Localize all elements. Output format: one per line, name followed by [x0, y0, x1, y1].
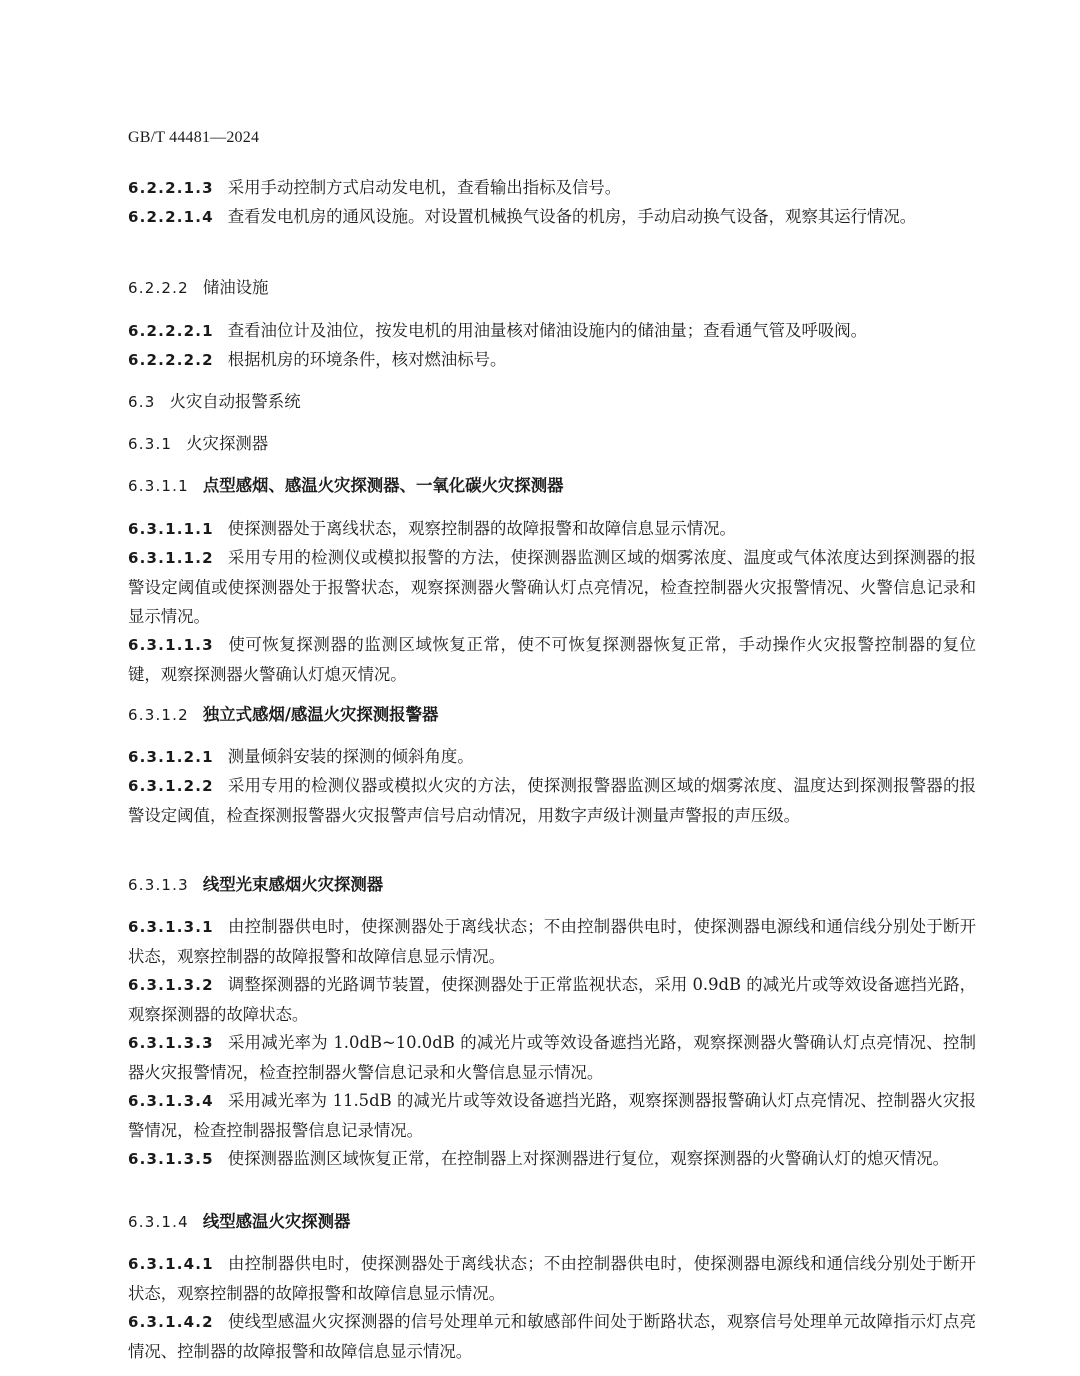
clause-text: 查看油位计及油位，按发电机的用油量核对储油设施内的储油量；查看通气管及呼吸阀。: [228, 321, 867, 340]
clause-number: 6.3.1.3.3: [128, 1034, 214, 1052]
clause-text: 使探测器监测区域恢复正常，在控制器上对探测器进行复位，观察探测器的火警确认灯的熄…: [228, 1149, 949, 1168]
section-heading: 6.3火灾自动报警系统: [128, 387, 976, 417]
clause-number: 6.2.2.1.4: [128, 208, 214, 226]
clause-text: 采用专用的检测仪器或模拟火灾的方法，使探测报警器监测区域的烟雾浓度、温度达到探测…: [128, 776, 976, 825]
clause-paragraph: 6.2.2.1.3采用手动控制方式启动发电机，查看输出指标及信号。: [128, 173, 976, 203]
clause-text: 调整探测器的光路调节装置，使探测器处于正常监视状态，采用 0.9dB 的减光片或…: [128, 975, 976, 1024]
clause-paragraph: 6.3.1.3.5使探测器监测区域恢复正常，在控制器上对探测器进行复位，观察探测…: [128, 1144, 976, 1174]
clause-text: 使探测器处于离线状态，观察控制器的故障报警和故障信息显示情况。: [228, 519, 736, 538]
clause-number: 6.3.1.4.2: [128, 1313, 214, 1331]
clause-number: 6.3.1: [128, 435, 172, 453]
clause-text: 测量倾斜安装的探测的倾斜角度。: [228, 747, 474, 766]
clause-number: 6.3.1.3.5: [128, 1150, 214, 1168]
heading-text: 储油设施: [203, 278, 269, 297]
clause-paragraph: 6.3.1.3.4采用减光率为 11.5dB 的减光片或等效设备遮挡光路，观察探…: [128, 1086, 976, 1145]
clause-number: 6.3.1.1.2: [128, 549, 214, 567]
clause-paragraph: 6.2.2.1.4查看发电机房的通风设施。对设置机械换气设备的机房，手动启动换气…: [128, 202, 976, 232]
clause-paragraph: 6.3.1.4.2使线型感温火灾探测器的信号处理单元和敏感部件间处于断路状态，观…: [128, 1307, 976, 1366]
clause-number: 6.3.1.2: [128, 706, 189, 724]
clause-number: 6.2.2.2.1: [128, 322, 214, 340]
section-heading: 6.3.1.4线型感温火灾探测器: [128, 1207, 976, 1237]
clause-paragraph: 6.2.2.2.1查看油位计及油位，按发电机的用油量核对储油设施内的储油量；查看…: [128, 316, 976, 346]
section-heading: 6.2.2.2储油设施: [128, 273, 976, 303]
clause-text: 采用减光率为 11.5dB 的减光片或等效设备遮挡光路，观察探测器报警确认灯点亮…: [128, 1091, 976, 1140]
clause-number: 6.2.2.1.3: [128, 179, 214, 197]
clause-text: 由控制器供电时，使探测器处于离线状态；不由控制器供电时，使探测器电源线和通信线分…: [128, 1254, 976, 1303]
clause-number: 6.3.1.1: [128, 477, 189, 495]
clause-number: 6.2.2.2: [128, 279, 189, 297]
heading-text: 火灾探测器: [186, 434, 268, 453]
clause-number: 6.3.1.1.3: [128, 636, 214, 654]
heading-text: 火灾自动报警系统: [169, 392, 300, 411]
clause-text: 使线型感温火灾探测器的信号处理单元和敏感部件间处于断路状态，观察信号处理单元故障…: [128, 1312, 976, 1361]
clause-number: 6.3: [128, 393, 155, 411]
clause-number: 6.3.1.2.1: [128, 748, 214, 766]
clause-paragraph: 6.3.1.4.1由控制器供电时，使探测器处于离线状态；不由控制器供电时，使探测…: [128, 1249, 976, 1308]
heading-text: 线型感温火灾探测器: [203, 1212, 351, 1231]
clause-paragraph: 6.2.2.2.2根据机房的环境条件，核对燃油标号。: [128, 345, 976, 375]
clause-number: 6.3.1.4: [128, 1213, 189, 1231]
clause-text: 由控制器供电时，使探测器处于离线状态；不由控制器供电时，使探测器电源线和通信线分…: [128, 917, 976, 966]
clause-text: 采用专用的检测仪或模拟报警的方法，使探测器监测区域的烟雾浓度、温度或气体浓度达到…: [128, 548, 976, 626]
clause-number: 6.3.1.2.2: [128, 777, 214, 795]
section-heading: 6.3.1.2独立式感烟/感温火灾探测报警器: [128, 700, 976, 730]
clause-number: 6.3.1.3: [128, 876, 189, 894]
clause-text: 查看发电机房的通风设施。对设置机械换气设备的机房，手动启动换气设备，观察其运行情…: [228, 207, 916, 226]
clause-paragraph: 6.3.1.1.3使可恢复探测器的监测区域恢复正常，使不可恢复探测器恢复正常，手…: [128, 630, 976, 689]
section-heading: 6.3.1.1点型感烟、感温火灾探测器、一氧化碳火灾探测器: [128, 471, 976, 501]
clause-number: 6.2.2.2.2: [128, 351, 214, 369]
standard-number-header: GB/T 44481—2024: [128, 129, 259, 147]
section-heading: 6.3.1火灾探测器: [128, 429, 976, 459]
section-heading: 6.3.1.3线型光束感烟火灾探测器: [128, 870, 976, 900]
clause-paragraph: 6.3.1.3.2调整探测器的光路调节装置，使探测器处于正常监视状态，采用 0.…: [128, 970, 976, 1029]
clause-paragraph: 6.3.1.1.2采用专用的检测仪或模拟报警的方法，使探测器监测区域的烟雾浓度、…: [128, 543, 976, 631]
clause-paragraph: 6.3.1.3.1由控制器供电时，使探测器处于离线状态；不由控制器供电时，使探测…: [128, 912, 976, 971]
heading-text: 点型感烟、感温火灾探测器、一氧化碳火灾探测器: [203, 476, 564, 495]
clause-paragraph: 6.3.1.2.2采用专用的检测仪器或模拟火灾的方法，使探测报警器监测区域的烟雾…: [128, 771, 976, 830]
clause-number: 6.3.1.3.1: [128, 918, 214, 936]
clause-number: 6.3.1.4.1: [128, 1255, 214, 1273]
clause-text: 采用减光率为 1.0dB~10.0dB 的减光片或等效设备遮挡光路，观察探测器火…: [128, 1033, 976, 1082]
clause-paragraph: 6.3.1.1.1使探测器处于离线状态，观察控制器的故障报警和故障信息显示情况。: [128, 514, 976, 544]
clause-paragraph: 6.3.1.3.3采用减光率为 1.0dB~10.0dB 的减光片或等效设备遮挡…: [128, 1028, 976, 1087]
clause-paragraph: 6.3.1.2.1测量倾斜安装的探测的倾斜角度。: [128, 742, 976, 772]
clause-number: 6.3.1.3.2: [128, 976, 214, 994]
clause-number: 6.3.1.1.1: [128, 520, 214, 538]
clause-text: 根据机房的环境条件，核对燃油标号。: [228, 350, 507, 369]
heading-text: 独立式感烟/感温火灾探测报警器: [203, 705, 438, 724]
clause-number: 6.3.1.3.4: [128, 1092, 214, 1110]
heading-text: 线型光束感烟火灾探测器: [203, 875, 383, 894]
clause-text: 使可恢复探测器的监测区域恢复正常，使不可恢复探测器恢复正常，手动操作火灾报警控制…: [128, 635, 976, 684]
clause-text: 采用手动控制方式启动发电机，查看输出指标及信号。: [228, 178, 621, 197]
